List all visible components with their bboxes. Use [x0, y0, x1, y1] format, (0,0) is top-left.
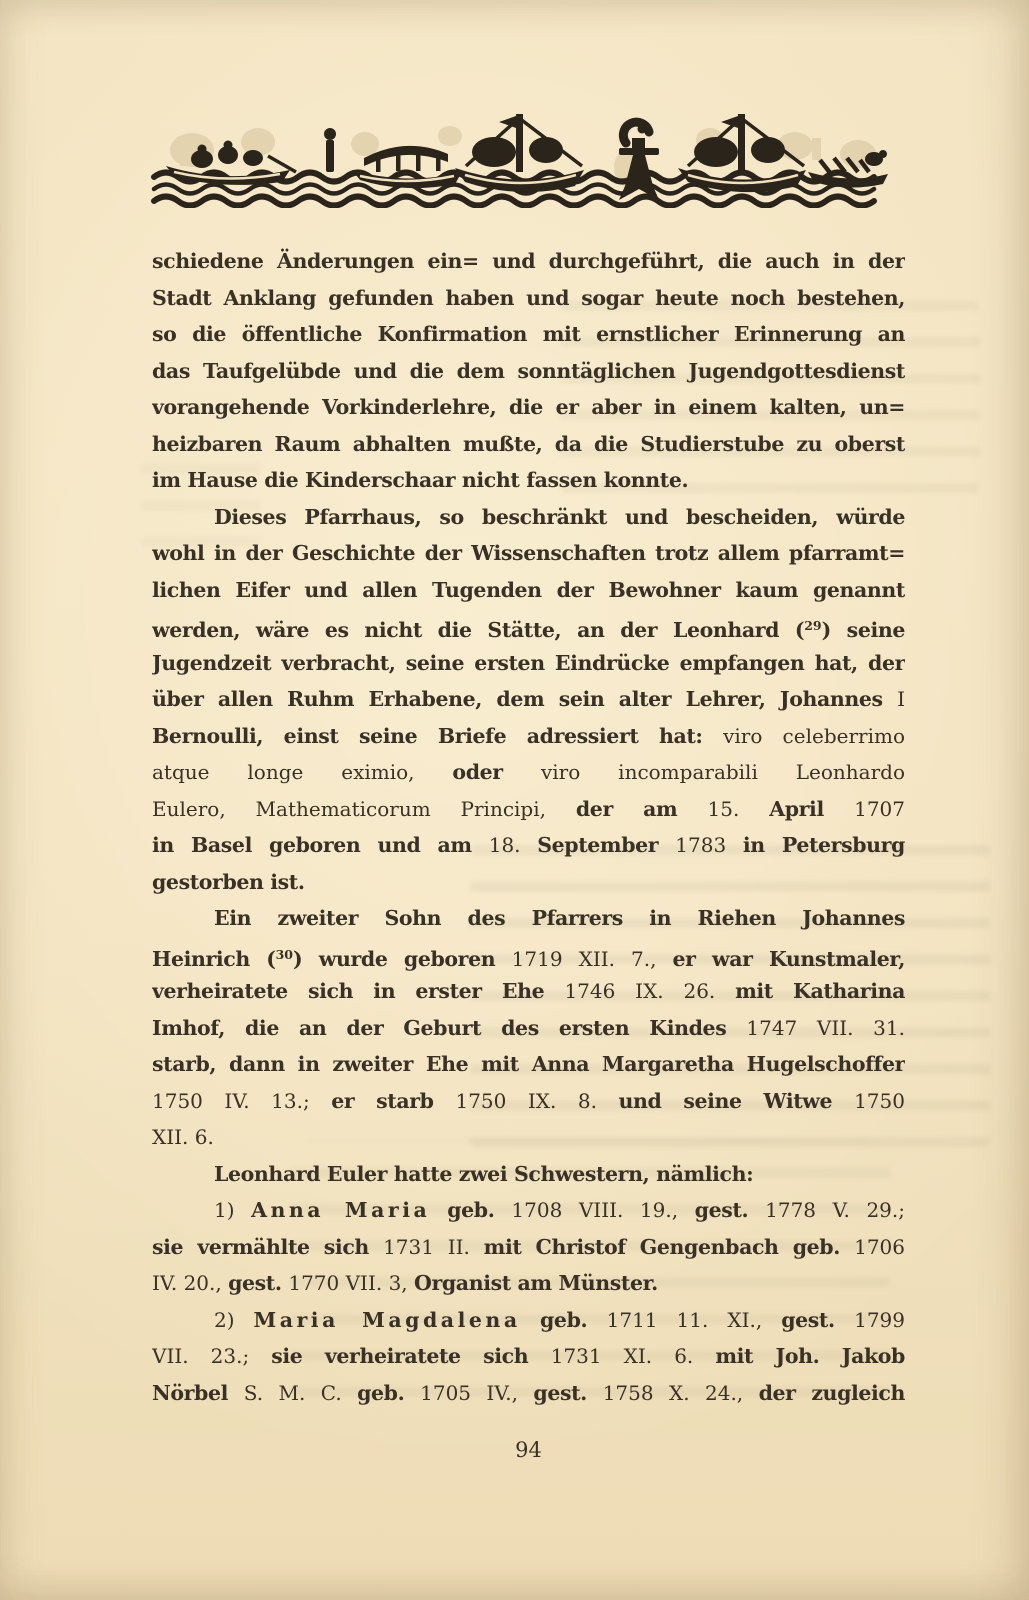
text-line: Ein zweiter Sohn des Pfarrers in Riehen … [152, 900, 905, 937]
text-line: heizbaren Raum abhalten mußte, da die St… [152, 426, 905, 463]
text-line: über allen Ruhm Erhabene, dem sein alter… [152, 681, 905, 718]
text-line: 2) Maria Magdalena geb. 1711 11. XI., ge… [152, 1302, 905, 1339]
text-line: wohl in der Geschichte der Wissenschafte… [152, 535, 905, 572]
text-line: gestorben ist. [152, 864, 905, 901]
text-line: Imhof, die an der Geburt des ersten Kind… [152, 1010, 905, 1047]
text-line: Nörbel S. M. C. geb. 1705 IV., gest. 175… [152, 1375, 905, 1412]
text-line: verheiratete sich in erster Ehe 1746 IX.… [152, 973, 905, 1010]
text-line: Dieses Pfarrhaus, so beschränkt und besc… [152, 499, 905, 536]
text-line: 1) Anna Maria geb. 1708 VIII. 19., gest.… [152, 1192, 905, 1229]
text-line: Bernoulli, einst seine Briefe adressiert… [152, 718, 905, 755]
text-line: das Taufgelübde und die dem sonntägliche… [152, 353, 905, 390]
text-line: im Hause die Kinderschaar nicht fassen k… [152, 462, 905, 499]
text-line: Leonhard Euler hatte zwei Schwestern, nä… [152, 1156, 905, 1193]
text-line: Stadt Anklang gefunden haben und sogar h… [152, 280, 905, 317]
sailboat-icon [678, 114, 806, 192]
text-block: schiedene Änderungen ein= und durchgefüh… [152, 243, 905, 1411]
text-line: sie vermählte sich 1731 II. mit Christof… [152, 1229, 905, 1266]
text-line: starb, dann in zweiter Ehe mit Anna Marg… [152, 1046, 905, 1083]
text-line: Jugendzeit verbracht, seine ersten Eindr… [152, 645, 905, 682]
text-line: Heinrich (30) wurde geboren 1719 XII. 7.… [152, 937, 905, 974]
text-line: atque longe eximio, oder viro incomparab… [152, 754, 905, 791]
text-line: so die öffentliche Konfirmation mit erns… [152, 316, 905, 353]
text-line: Eulero, Mathematicorum Principi, der am … [152, 791, 905, 828]
text-line: 1750 IV. 13.; er starb 1750 IX. 8. und s… [152, 1083, 905, 1120]
header-ornament [150, 114, 890, 208]
text-line: XII. 6. [152, 1119, 905, 1156]
page-number: 94 [152, 1438, 905, 1462]
text-line: schiedene Änderungen ein= und durchgefüh… [152, 243, 905, 280]
text-line: VII. 23.; sie verheiratete sich 1731 XI.… [152, 1338, 905, 1375]
text-line: werden, wäre es nicht die Stätte, an der… [152, 608, 905, 645]
text-line: lichen Eifer und allen Tugenden der Bewo… [152, 572, 905, 609]
book-page-scan: schiedene Änderungen ein= und durchgefüh… [0, 0, 1029, 1600]
sailboat-icon [455, 114, 584, 192]
figure-icon [324, 128, 336, 172]
text-line: in Basel geboren und am 18. September 17… [152, 827, 905, 864]
text-line: IV. 20., gest. 1770 VII. 3, Organist am … [152, 1265, 905, 1302]
text-line: vorangehende Vorkinderlehre, die er aber… [152, 389, 905, 426]
